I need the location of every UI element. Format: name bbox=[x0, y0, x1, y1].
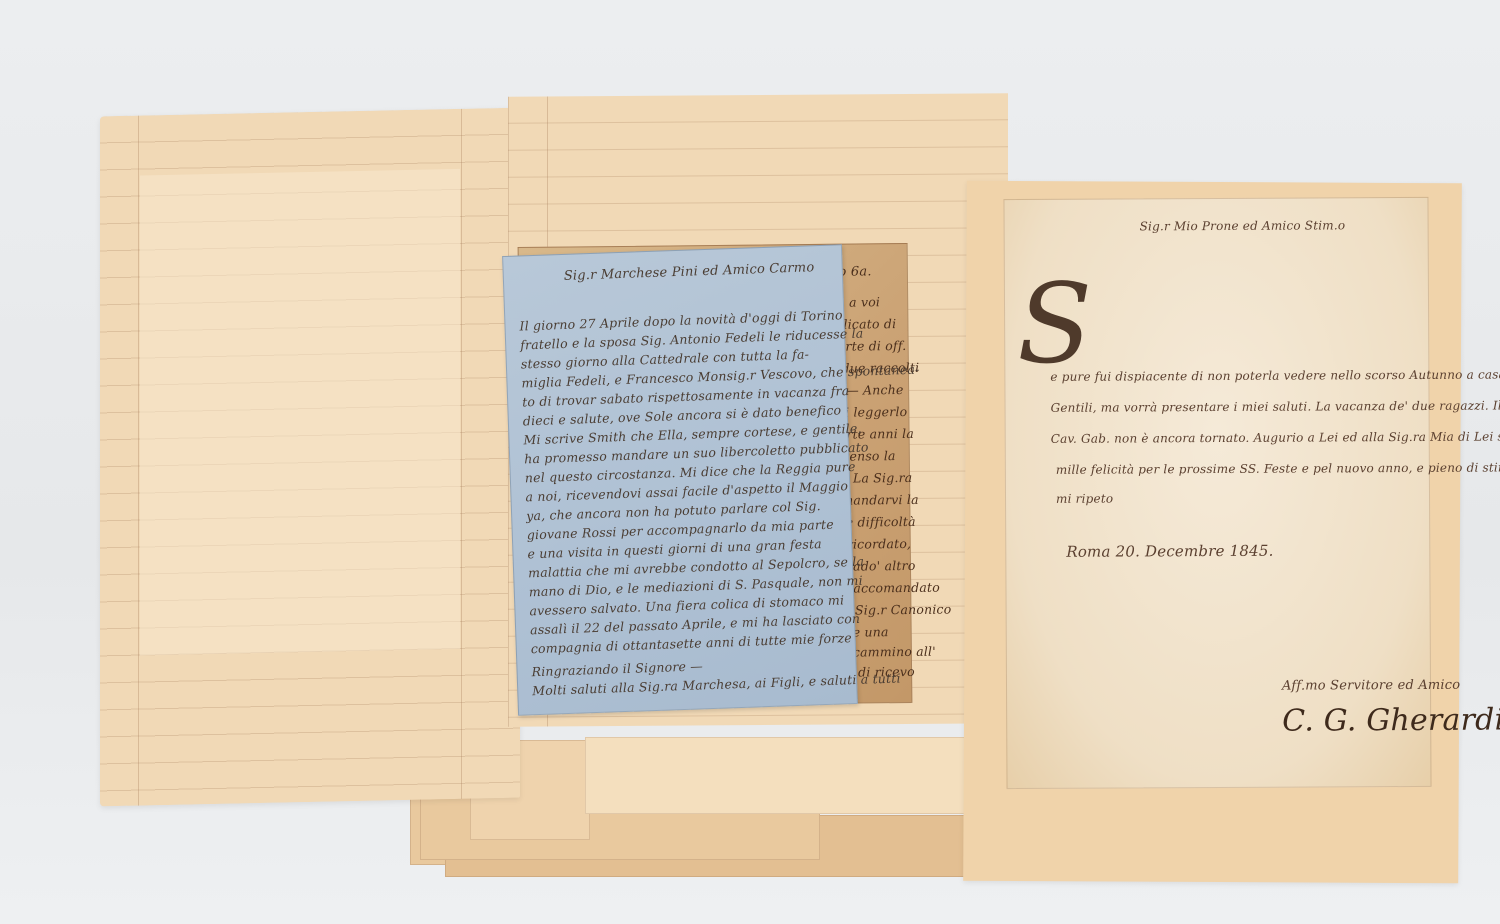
letter-salutation: Sig.r Mio Prone ed Amico Stim.o bbox=[1140, 218, 1346, 233]
ledger-left-page bbox=[100, 108, 520, 807]
photo-scene: Sig.r Mio Prone ed Amico Stim.o S e pure… bbox=[0, 0, 1500, 924]
margin-line bbox=[138, 116, 139, 806]
letter-line: ricordato, bbox=[847, 536, 912, 552]
ledger-lower-sheet bbox=[585, 737, 1005, 814]
letter-dateline: Roma 20. Decembre 1845. bbox=[1066, 542, 1273, 561]
letter-line: Gentili, ma vorrà presentare i miei salu… bbox=[1051, 399, 1500, 415]
letter-cream: Sig.r Mio Prone ed Amico Stim.o S e pure… bbox=[1003, 197, 1431, 789]
letter-line: cammino all' bbox=[853, 644, 936, 660]
margin-line bbox=[461, 109, 462, 799]
letter-line: Cav. Gab. non è ancora tornato. Augurio … bbox=[1051, 429, 1500, 446]
letter-blue: Sig.r Marchese Pini ed Amico Carmo Il gi… bbox=[502, 244, 858, 716]
letter-line: e una bbox=[853, 624, 889, 639]
letter-closing: Aff.mo Servitore ed Amico bbox=[1282, 678, 1460, 694]
letter-line: le difficoltà bbox=[841, 514, 915, 530]
page-fade bbox=[140, 169, 460, 656]
letter-line: Ringraziando il Signore — bbox=[531, 658, 703, 679]
letter-line: mandarvi la bbox=[841, 492, 919, 508]
letter-line: mille felicità per le prossime SS. Feste… bbox=[1056, 460, 1500, 476]
letter-salutation: Sig.r Marchese Pini ed Amico Carmo bbox=[564, 260, 815, 284]
letter-line: mi ripeto bbox=[1056, 492, 1113, 506]
letter-signature: C. G. Gherardi bbox=[1282, 703, 1500, 739]
letter-line: e pure fui dispiacente di non poterla ve… bbox=[1050, 367, 1500, 384]
